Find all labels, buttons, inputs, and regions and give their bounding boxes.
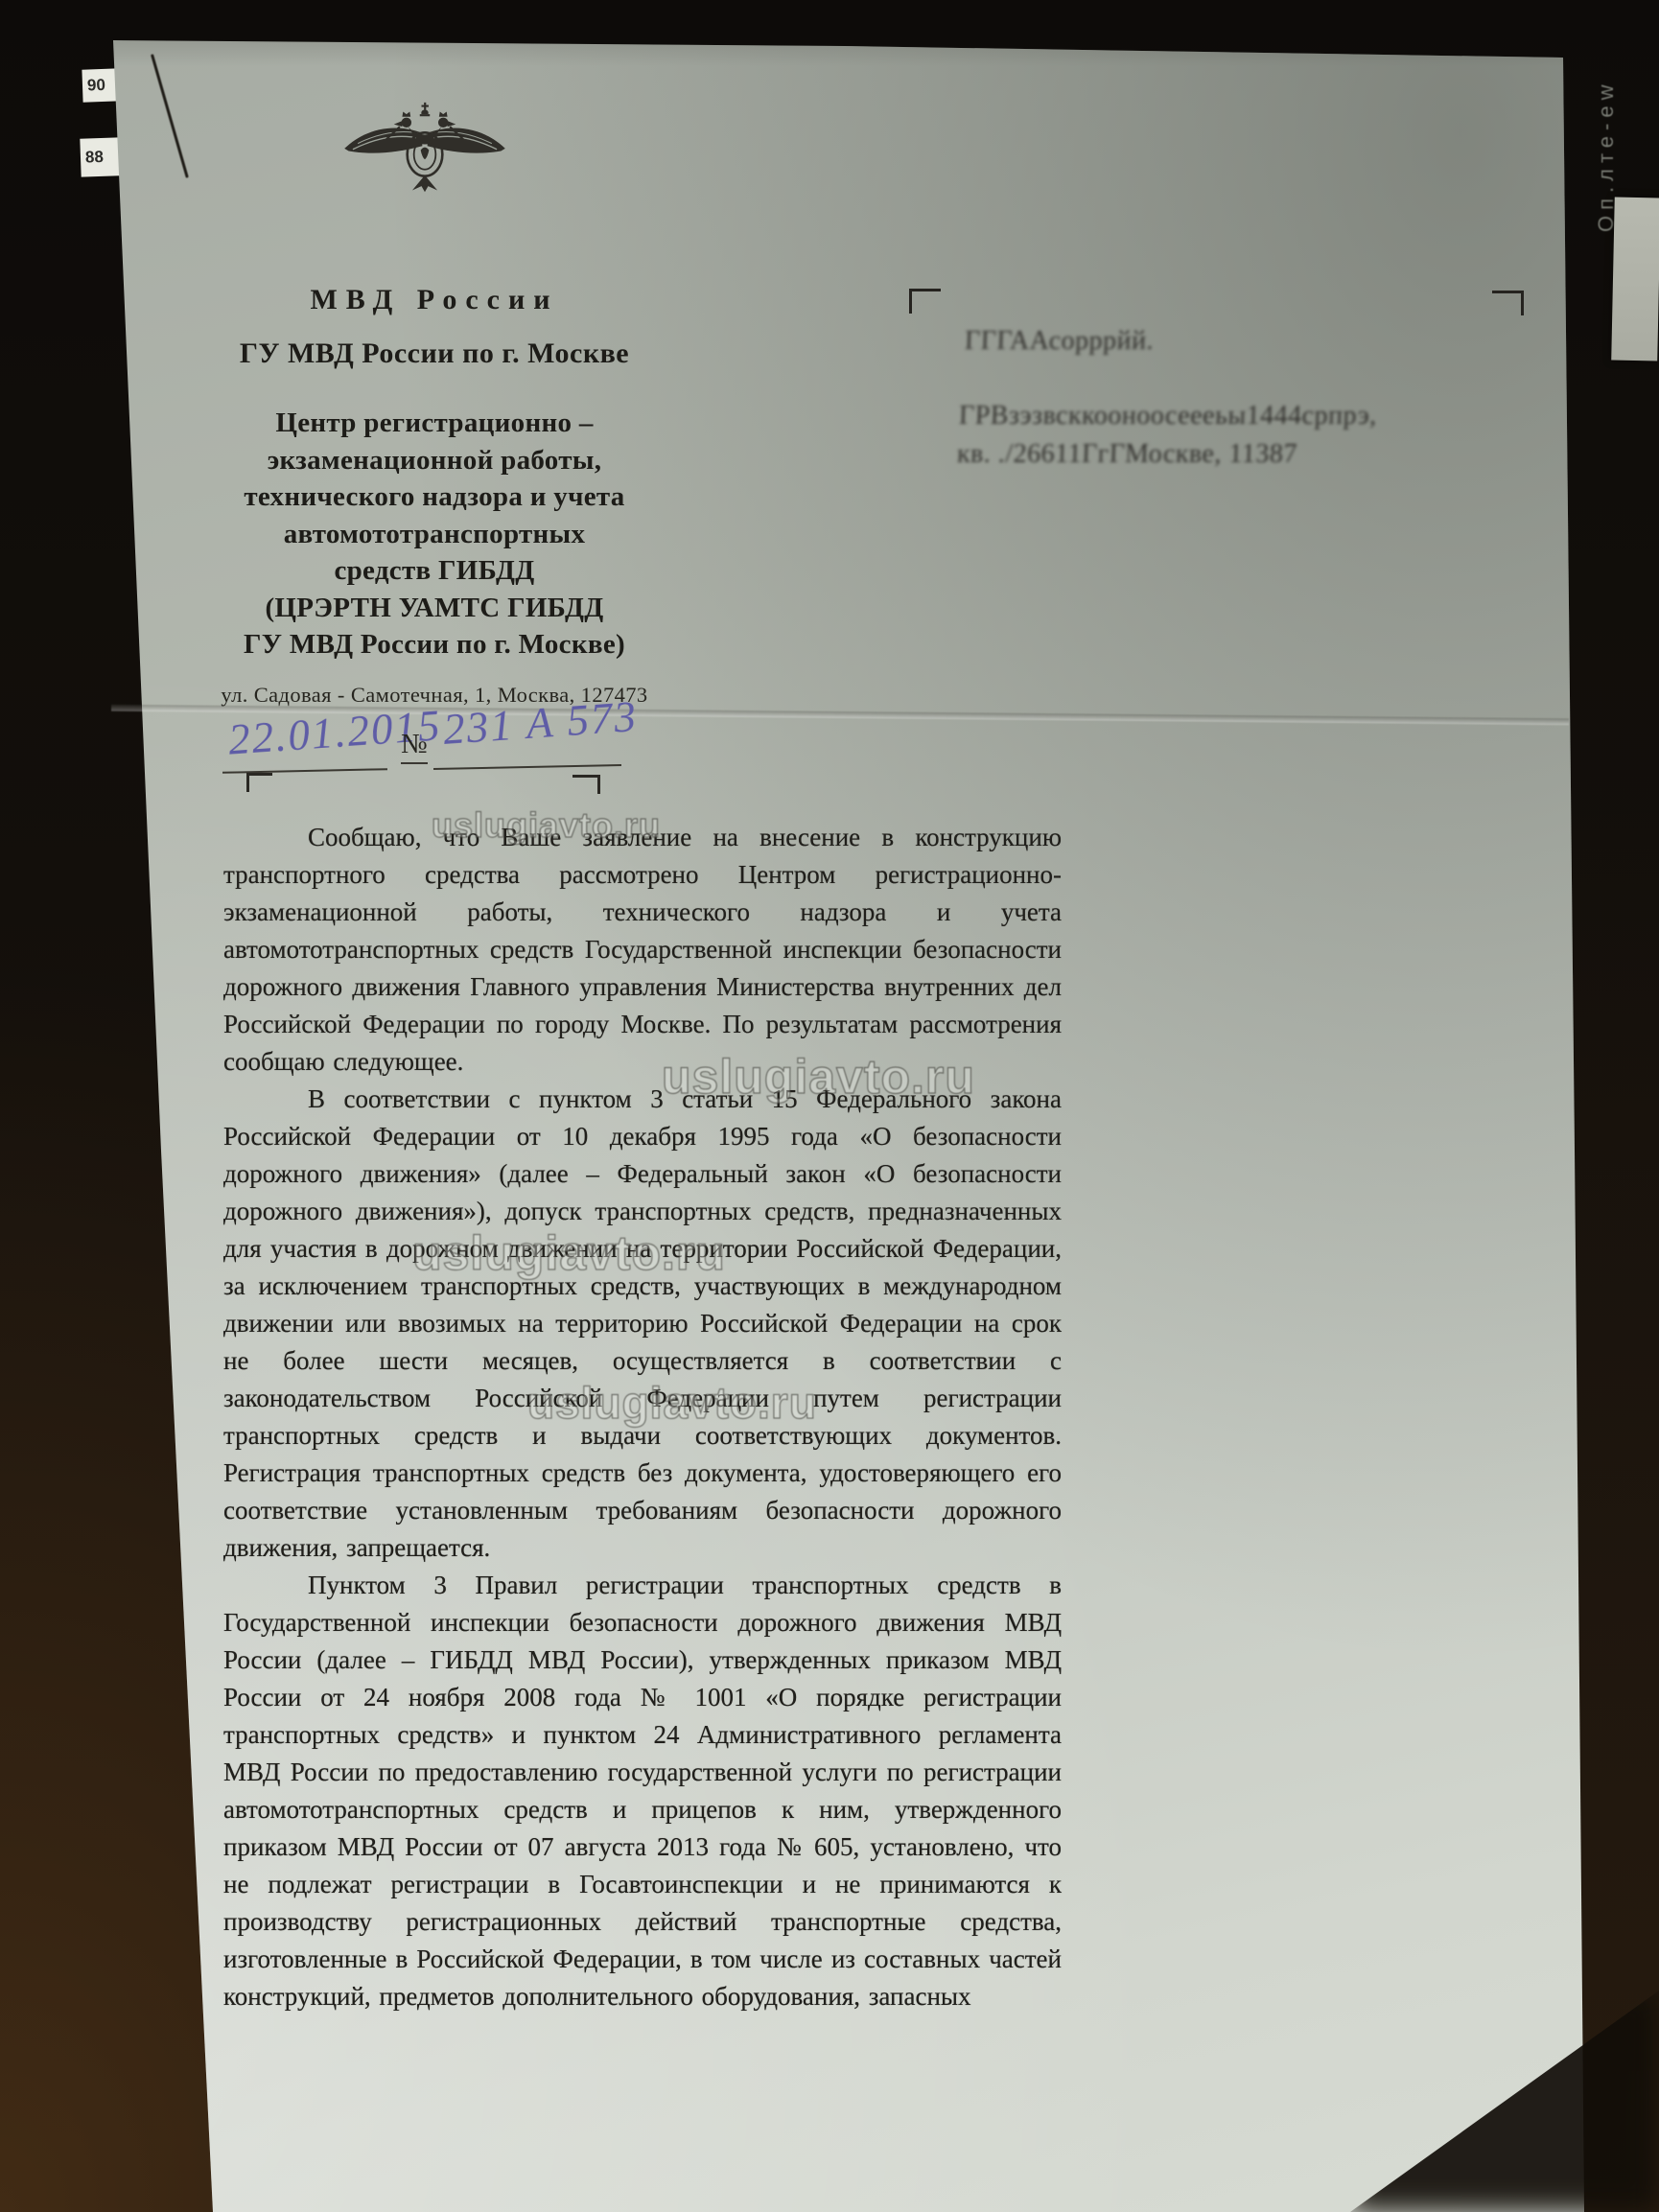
date-field-corner-mark [246,773,272,792]
ruler-label: 90 [87,76,106,96]
side-sticker [1611,198,1659,361]
watermark: uslugiavto.ru [662,1049,975,1105]
org-name: Центр регистрационно – экзаменационной р… [219,405,650,664]
org-name-line: экзаменационной работы, [219,442,650,479]
mvd-eagle-emblem-icon [338,102,512,194]
addressee-line: ГРВзэзвсккооноосеееьы1444српрэ, [958,401,1377,431]
doc-number-sign: № [401,729,428,764]
date-field-corner-mark [572,775,600,794]
addressee-line: ГГГААсорррйй. [964,326,1154,357]
addressee-line: кв. ./26611ГгГМоскве, 11387 [956,439,1297,470]
addressee-corner-bracket-left [909,289,941,314]
ministry-title: МВД России [219,284,650,316]
org-name-line: технического надзора и учета [219,478,650,516]
watermark: uslugiavto.ru [527,1377,817,1429]
watermark: uslugiavto.ru [412,1225,726,1281]
paragraph: Сообщаю, что Ваше заявление на внесение … [223,819,1062,1081]
paragraph: Пунктом 3 Правил регистрации транспортны… [223,1567,1062,2015]
watermark: uslugiavto.ru [432,805,661,846]
addressee-corner-bracket-right [1492,291,1524,315]
ruler-label: 88 [85,148,105,168]
photo-background: 90 88 Оп.лте-еw [0,0,1659,2212]
org-name-line: ГУ МВД России по г. Москве) [219,626,650,664]
department-title: ГУ МВД России по г. Москве [219,338,650,370]
org-name-line: автомототранспортных [219,516,650,553]
org-name-line: средств ГИБДД [219,552,650,590]
paragraph: В соответствии с пунктом 3 статьи 15 Фед… [223,1081,1062,1567]
org-name-line: Центр регистрационно – [219,405,650,442]
org-name-line: (ЦРЭРТН УАМТС ГИБДД [219,590,650,627]
ruler-chip: 88 [80,137,119,176]
